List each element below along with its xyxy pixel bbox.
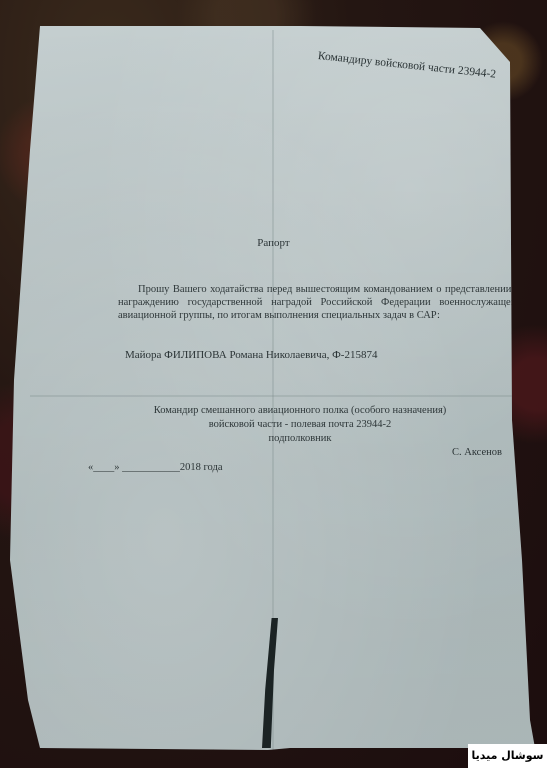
horizontal-fold — [30, 395, 520, 397]
watermark-label: سوشال ميديا — [468, 744, 547, 768]
date-line: «____» ___________2018 года — [88, 462, 223, 473]
signer-rank: подполковник — [110, 432, 490, 446]
signer-position-line2: войсковой части - полевая почта 23944-2 — [110, 418, 490, 432]
document-title: Рапорт — [0, 237, 547, 249]
report-body: Прошу Вашего ходатайства перед вышестоящ… — [118, 283, 520, 322]
signer-position-line1: Командир смешанного авиационного полка (… — [110, 404, 490, 418]
report-body-text: Прошу Вашего ходатайства перед вышестоящ… — [118, 283, 520, 322]
signer-name: С. Аксенов — [452, 447, 502, 458]
nominee-line: Майора ФИЛИПОВА Романа Николаевича, Ф-21… — [125, 349, 377, 361]
signer-block: Командир смешанного авиационного полка (… — [110, 404, 490, 446]
